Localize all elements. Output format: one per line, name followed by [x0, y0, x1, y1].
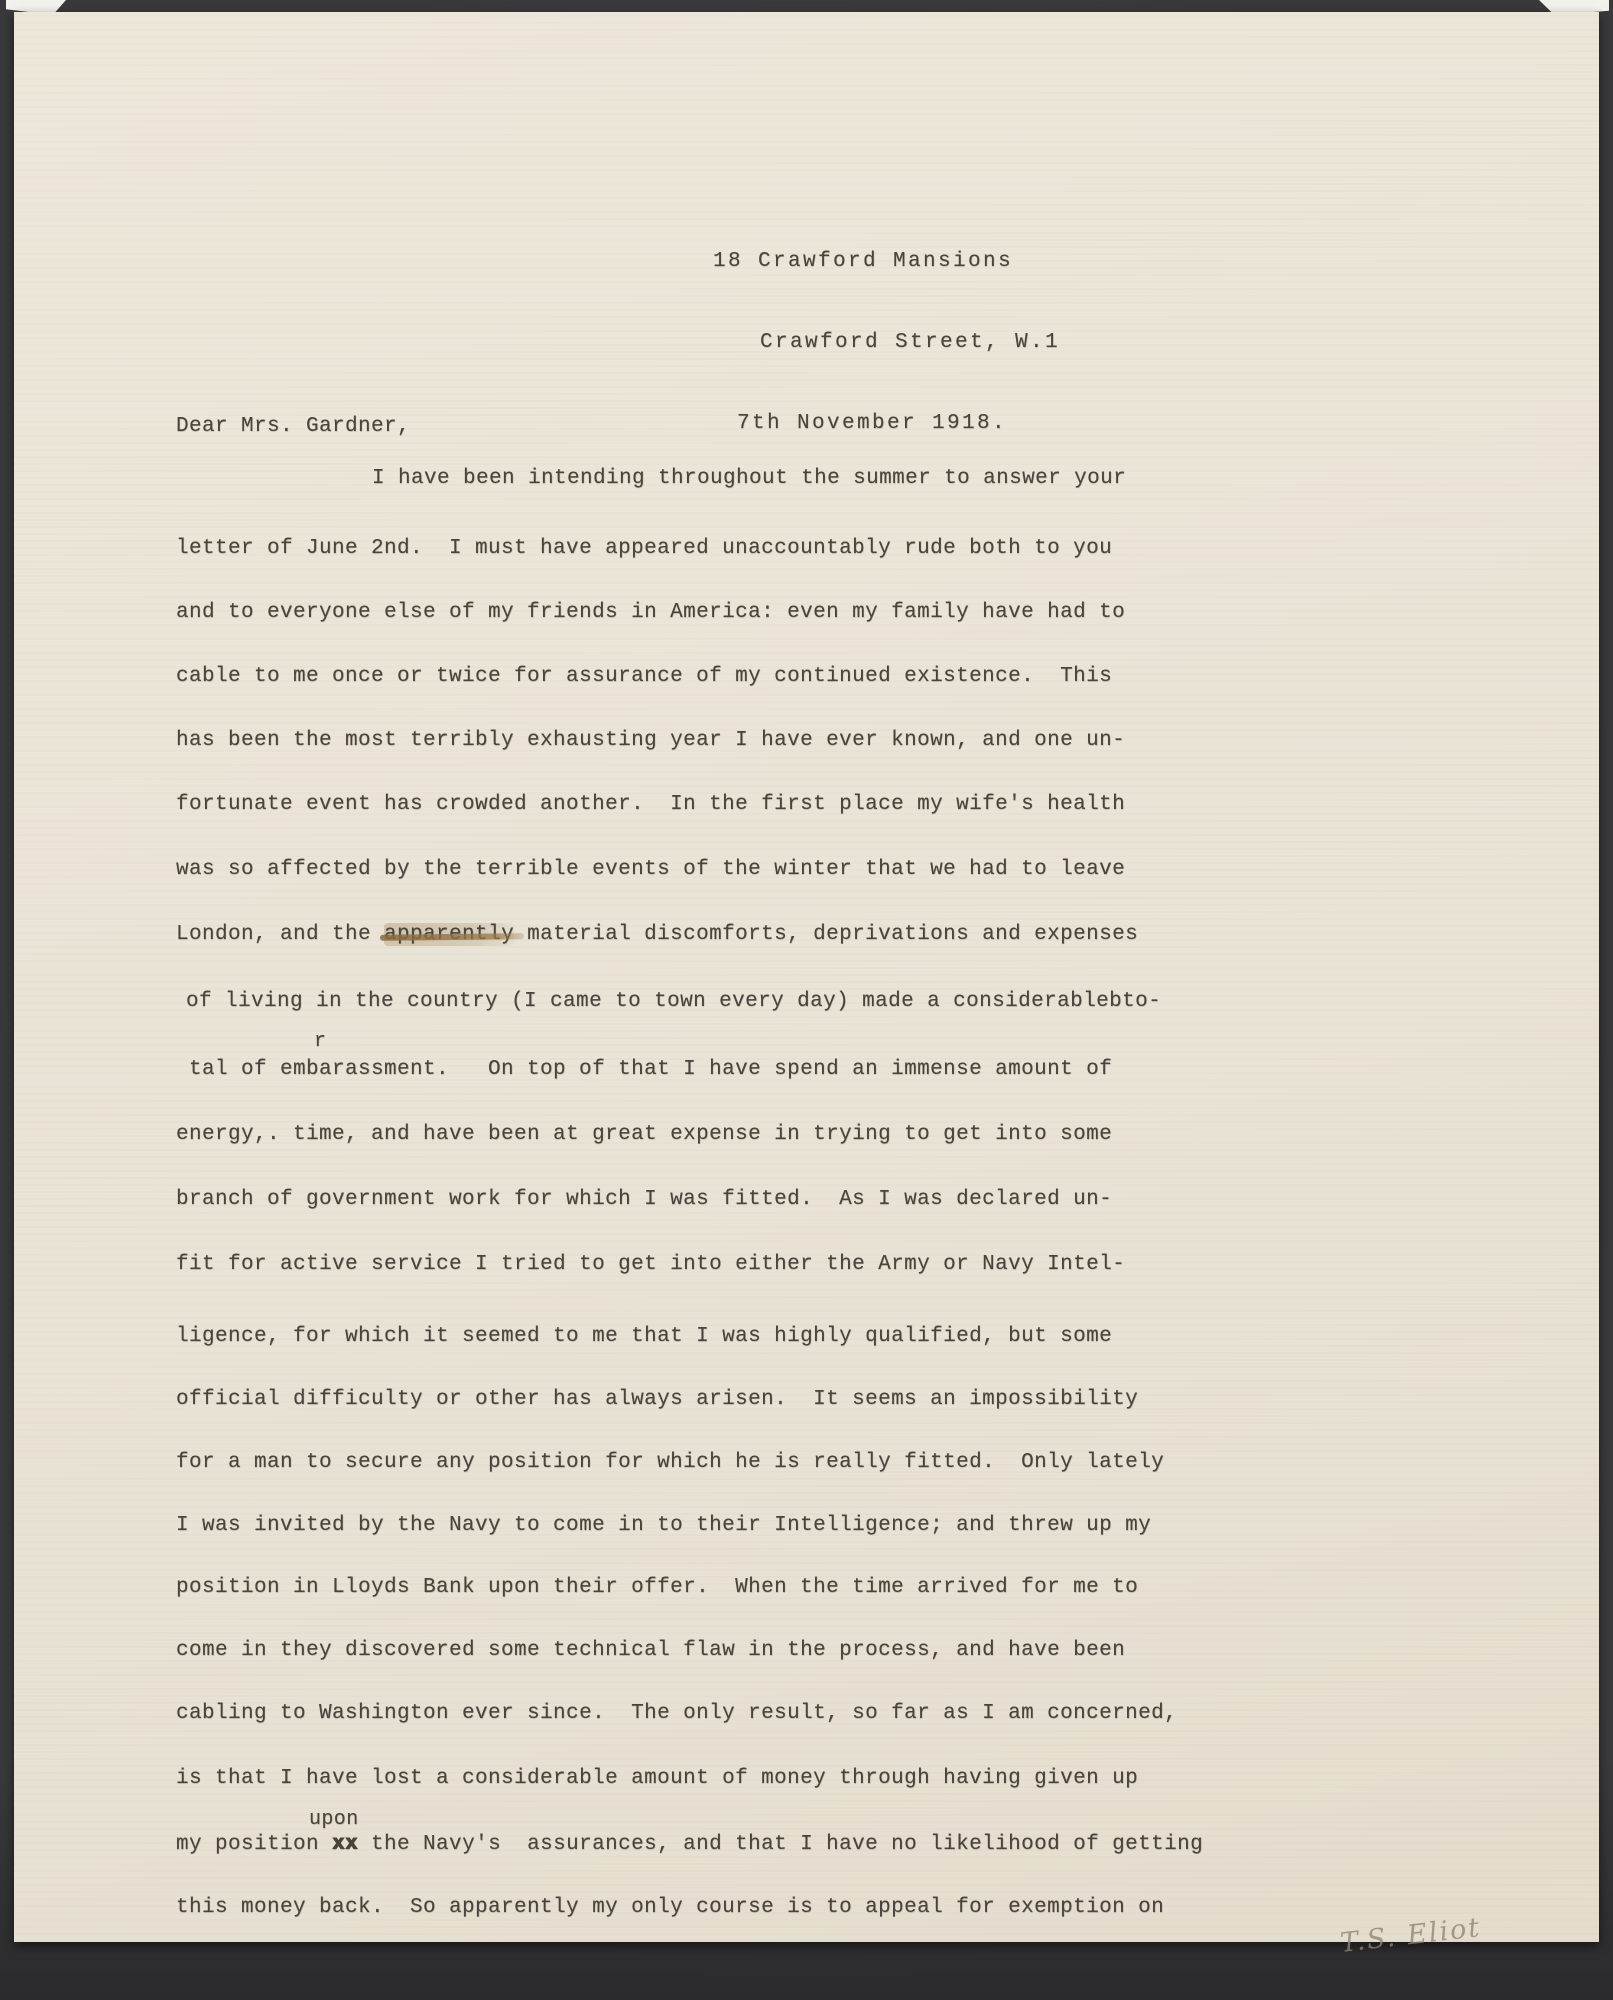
body-text: London, and the [176, 923, 384, 946]
letter-body: Dear Mrs. Gardner, I have been intending… [176, 12, 1599, 1942]
body-line-20: cabling to Washington ever since. The on… [176, 1701, 1177, 1727]
letter-paper: 18 Crawford Mansions Crawford Street, W.… [14, 12, 1599, 1942]
body-line-13: fit for active service I tried to get in… [176, 1252, 1125, 1278]
body-line-23: this money back. So apparently my only c… [176, 1895, 1164, 1921]
struck-overtype-xx: xx [332, 1833, 358, 1856]
inserted-correction-upon: upon [309, 1808, 359, 1832]
body-line-5: has been the most terribly exhausting ye… [176, 728, 1125, 754]
body-line-8: London, and the apparently material disc… [176, 922, 1138, 948]
body-line-19: come in they discovered some technical f… [176, 1638, 1125, 1664]
body-line-18: position in Lloyds Bank upon their offer… [176, 1575, 1138, 1601]
body-line-9: of living in the country (I came to town… [186, 989, 1161, 1015]
body-line-11: energy,. time, and have been at great ex… [176, 1122, 1112, 1148]
body-text: material discomforts, deprivations and e… [514, 923, 1138, 946]
salutation: Dear Mrs. Gardner, [176, 414, 410, 440]
body-line-10: tal of embarassment. On top of that I ha… [189, 1057, 1112, 1083]
body-line-7: was so affected by the terrible events o… [176, 857, 1125, 883]
struck-word-apparently: apparently [384, 923, 514, 946]
body-line-14: ligence, for which it seemed to me that … [176, 1324, 1112, 1350]
body-line-1: I have been intending throughout the sum… [372, 466, 1126, 492]
photo-background: 18 Crawford Mansions Crawford Street, W.… [0, 0, 1613, 2000]
body-line-6: fortunate event has crowded another. In … [176, 792, 1125, 818]
body-line-2: letter of June 2nd. I must have appeared… [176, 536, 1112, 562]
body-line-21: is that I have lost a considerable amoun… [176, 1766, 1138, 1792]
body-line-12: branch of government work for which I wa… [176, 1187, 1112, 1213]
body-text: the Navy's assurances, and that I have n… [358, 1833, 1203, 1856]
body-line-16: for a man to secure any position for whi… [176, 1450, 1164, 1476]
body-text: my position [176, 1833, 332, 1856]
body-line-22: my position xx the Navy's assurances, an… [176, 1832, 1203, 1858]
body-line-3: and to everyone else of my friends in Am… [176, 600, 1125, 626]
body-line-17: I was invited by the Navy to come in to … [176, 1513, 1151, 1539]
body-line-4: cable to me once or twice for assurance … [176, 664, 1112, 690]
inserted-correction-r: r [314, 1030, 326, 1054]
body-line-15: official difficulty or other has always … [176, 1387, 1138, 1413]
